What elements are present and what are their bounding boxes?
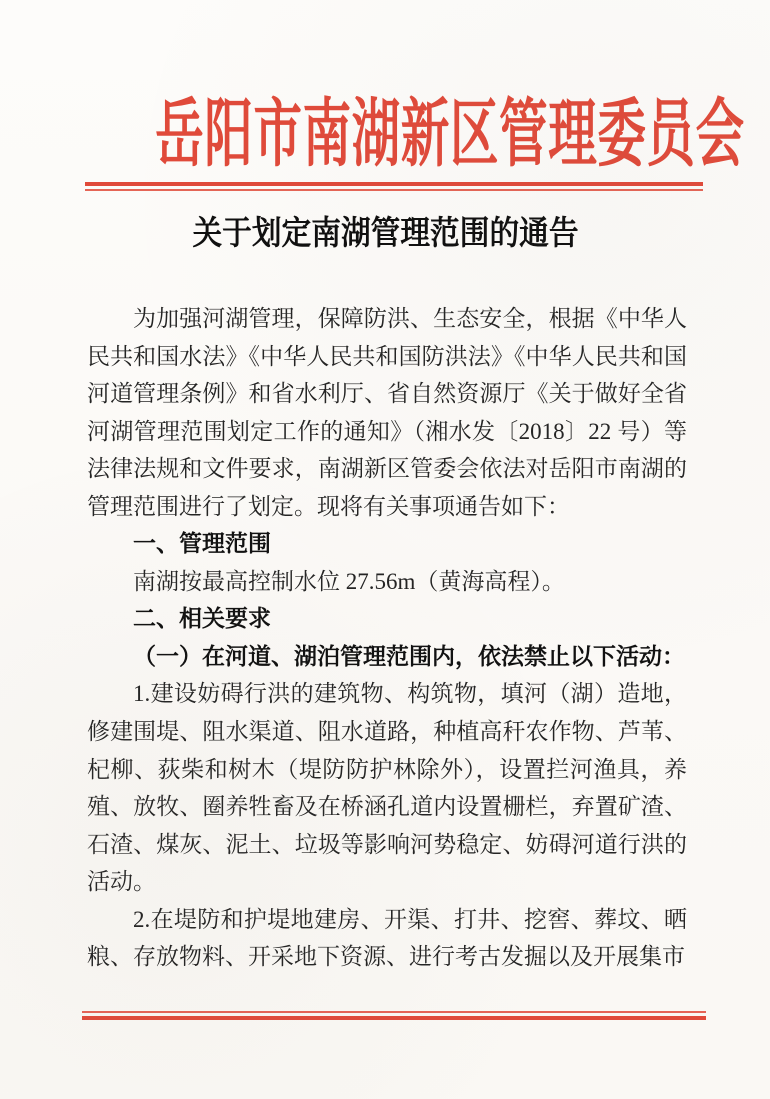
header-divider — [85, 182, 703, 191]
header-divider-thin-line — [85, 189, 703, 191]
notice-body: 为加强河湖管理，保障防洪、生态安全，根据《中华人民共和国水法》《中华人民共和国防… — [87, 300, 687, 976]
footer-divider — [82, 1011, 706, 1020]
footer-divider-thick-line — [82, 1016, 706, 1020]
subsection-heading-prohibited-activities: （一）在河道、湖泊管理范围内，依法禁止以下活动： — [87, 638, 687, 676]
section-heading-requirements: 二、相关要求 — [87, 600, 687, 638]
notice-title: 关于划定南湖管理范围的通告 — [192, 215, 578, 255]
paragraph-intro: 为加强河湖管理，保障防洪、生态安全，根据《中华人民共和国水法》《中华人民共和国防… — [87, 300, 687, 525]
footer-divider-thin-line — [82, 1011, 706, 1013]
issuer-header: 岳阳市南湖新区管理委员会 — [0, 97, 770, 174]
paragraph-prohibition-2: 2.在堤防和护堤地建房、开渠、打井、挖窖、葬坟、晒粮、存放物料、开采地下资源、进… — [87, 901, 687, 976]
paragraph-prohibition-1: 1.建设妨碍行洪的建筑物、构筑物，填河（湖）造地，修建围堤、阻水渠道、阻水道路，… — [87, 675, 687, 900]
issuer-title: 岳阳市南湖新区管理委员会 — [155, 97, 745, 174]
notice-title-block: 关于划定南湖管理范围的通告 — [0, 215, 770, 255]
section-heading-management-scope: 一、管理范围 — [87, 525, 687, 563]
document-page: 岳阳市南湖新区管理委员会 关于划定南湖管理范围的通告 为加强河湖管理，保障防洪、… — [0, 0, 770, 1099]
paragraph-water-level: 南湖按最高控制水位 27.56m（黄海高程）。 — [87, 563, 687, 601]
